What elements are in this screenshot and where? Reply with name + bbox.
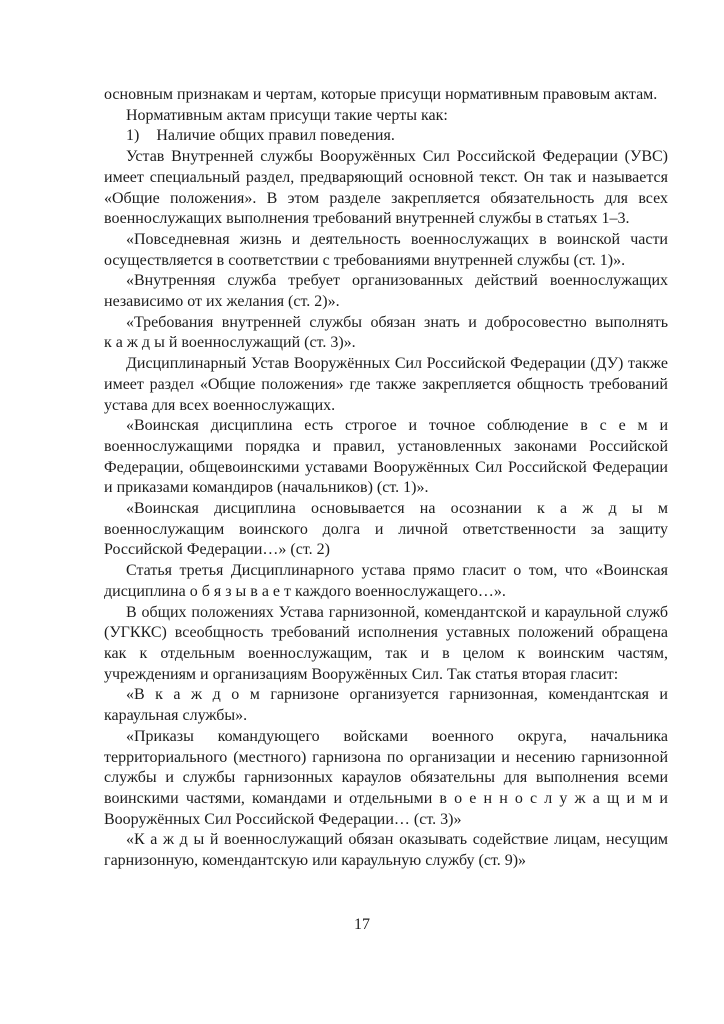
paragraph: «Внутренняя служба требует организованны… bbox=[104, 271, 668, 312]
paragraph: «Воинская дисциплина есть строгое и точн… bbox=[104, 416, 668, 499]
paragraph: «Приказы командующего войсками военного … bbox=[104, 727, 668, 831]
paragraph: «Требования внутренней службы обязан зна… bbox=[104, 313, 668, 354]
paragraph: Статья третья Дисциплинарного устава пря… bbox=[104, 561, 668, 602]
page-number: 17 bbox=[0, 916, 724, 934]
text-block: основным признакам и чертам, которые при… bbox=[104, 85, 668, 872]
paragraph: «Воинская дисциплина основывается на осо… bbox=[104, 499, 668, 561]
paragraph: «К а ж д ы й военнослужащий обязан оказы… bbox=[104, 830, 668, 871]
paragraph: «Повседневная жизнь и деятельность военн… bbox=[104, 230, 668, 271]
paragraph: «В к а ж д о м гарнизоне организуется га… bbox=[104, 685, 668, 726]
paragraph: Нормативным актам присущи такие черты ка… bbox=[104, 106, 668, 127]
numbered-list-item: 1)Наличие общих правил поведения. bbox=[104, 126, 668, 147]
paragraph: Дисциплинарный Устав Вооружённых Сил Рос… bbox=[104, 354, 668, 416]
document-page: основным признакам и чертам, которые при… bbox=[0, 0, 724, 1024]
paragraph: основным признакам и чертам, которые при… bbox=[104, 85, 668, 106]
paragraph: В общих положениях Устава гарнизонной, к… bbox=[104, 603, 668, 686]
paragraph: Устав Внутренней службы Вооружённых Сил … bbox=[104, 147, 668, 230]
list-item-number: 1) bbox=[126, 127, 139, 144]
list-item-text: Наличие общих правил поведения. bbox=[156, 127, 394, 144]
